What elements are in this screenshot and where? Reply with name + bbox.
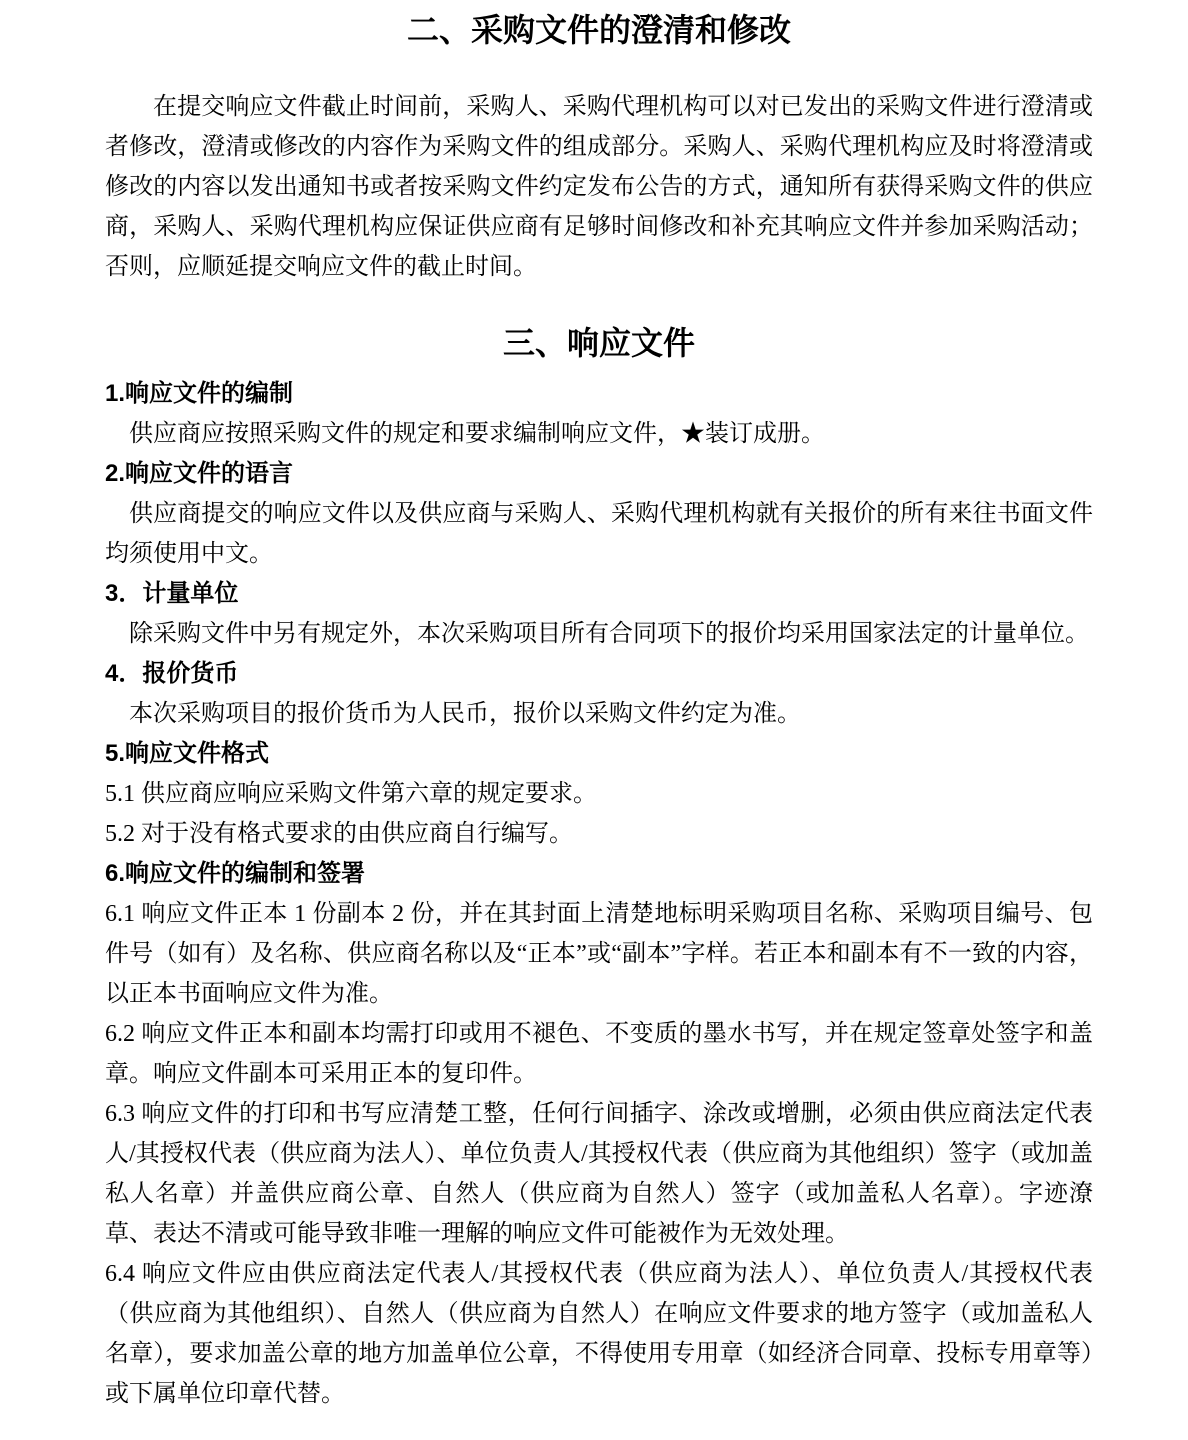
part2-title: 二、采购文件的澄清和修改 [105, 6, 1093, 54]
heading-4-quotation-currency: 4．报价货币 [105, 654, 1093, 694]
para-6-1: 6.1 响应文件正本 1 份副本 2 份，并在其封面上清楚地标明采购项目名称、采… [105, 894, 1093, 1014]
heading-6-compilation-signing: 6.响应文件的编制和签署 [105, 854, 1093, 894]
para-5-2: 5.2 对于没有格式要求的由供应商自行编写。 [105, 814, 1093, 854]
para-3-measurement-unit: 除采购文件中另有规定外，本次采购项目所有合同项下的报价均采用国家法定的计量单位。 [105, 614, 1093, 654]
part3-title: 三、响应文件 [105, 319, 1093, 367]
heading-5-response-format: 5.响应文件格式 [105, 734, 1093, 774]
para-4-quotation-currency: 本次采购项目的报价货币为人民币，报价以采购文件约定为准。 [105, 694, 1093, 734]
document-page: 二、采购文件的澄清和修改 在提交响应文件截止时间前，采购人、采购代理机构可以对已… [0, 0, 1188, 1440]
para-6-2: 6.2 响应文件正本和副本均需打印或用不褪色、不变质的墨水书写，并在规定签章处签… [105, 1014, 1093, 1094]
part2-paragraph: 在提交响应文件截止时间前，采购人、采购代理机构可以对已发出的采购文件进行澄清或者… [105, 87, 1093, 287]
para-6-4: 6.4 响应文件应由供应商法定代表人/其授权代表（供应商为法人）、单位负责人/其… [105, 1254, 1093, 1414]
heading-2-language: 2.响应文件的语言 [105, 454, 1093, 494]
heading-1-preparation: 1.响应文件的编制 [105, 374, 1093, 414]
heading-3-measurement-unit: 3．计量单位 [105, 574, 1093, 614]
para-1-preparation: 供应商应按照采购文件的规定和要求编制响应文件，★装订成册。 [105, 414, 1093, 454]
para-2-language: 供应商提交的响应文件以及供应商与采购人、采购代理机构就有关报价的所有来往书面文件… [105, 494, 1093, 574]
para-5-1: 5.1 供应商应响应采购文件第六章的规定要求。 [105, 774, 1093, 814]
para-6-3: 6.3 响应文件的打印和书写应清楚工整，任何行间插字、涂改或增删，必须由供应商法… [105, 1094, 1093, 1254]
